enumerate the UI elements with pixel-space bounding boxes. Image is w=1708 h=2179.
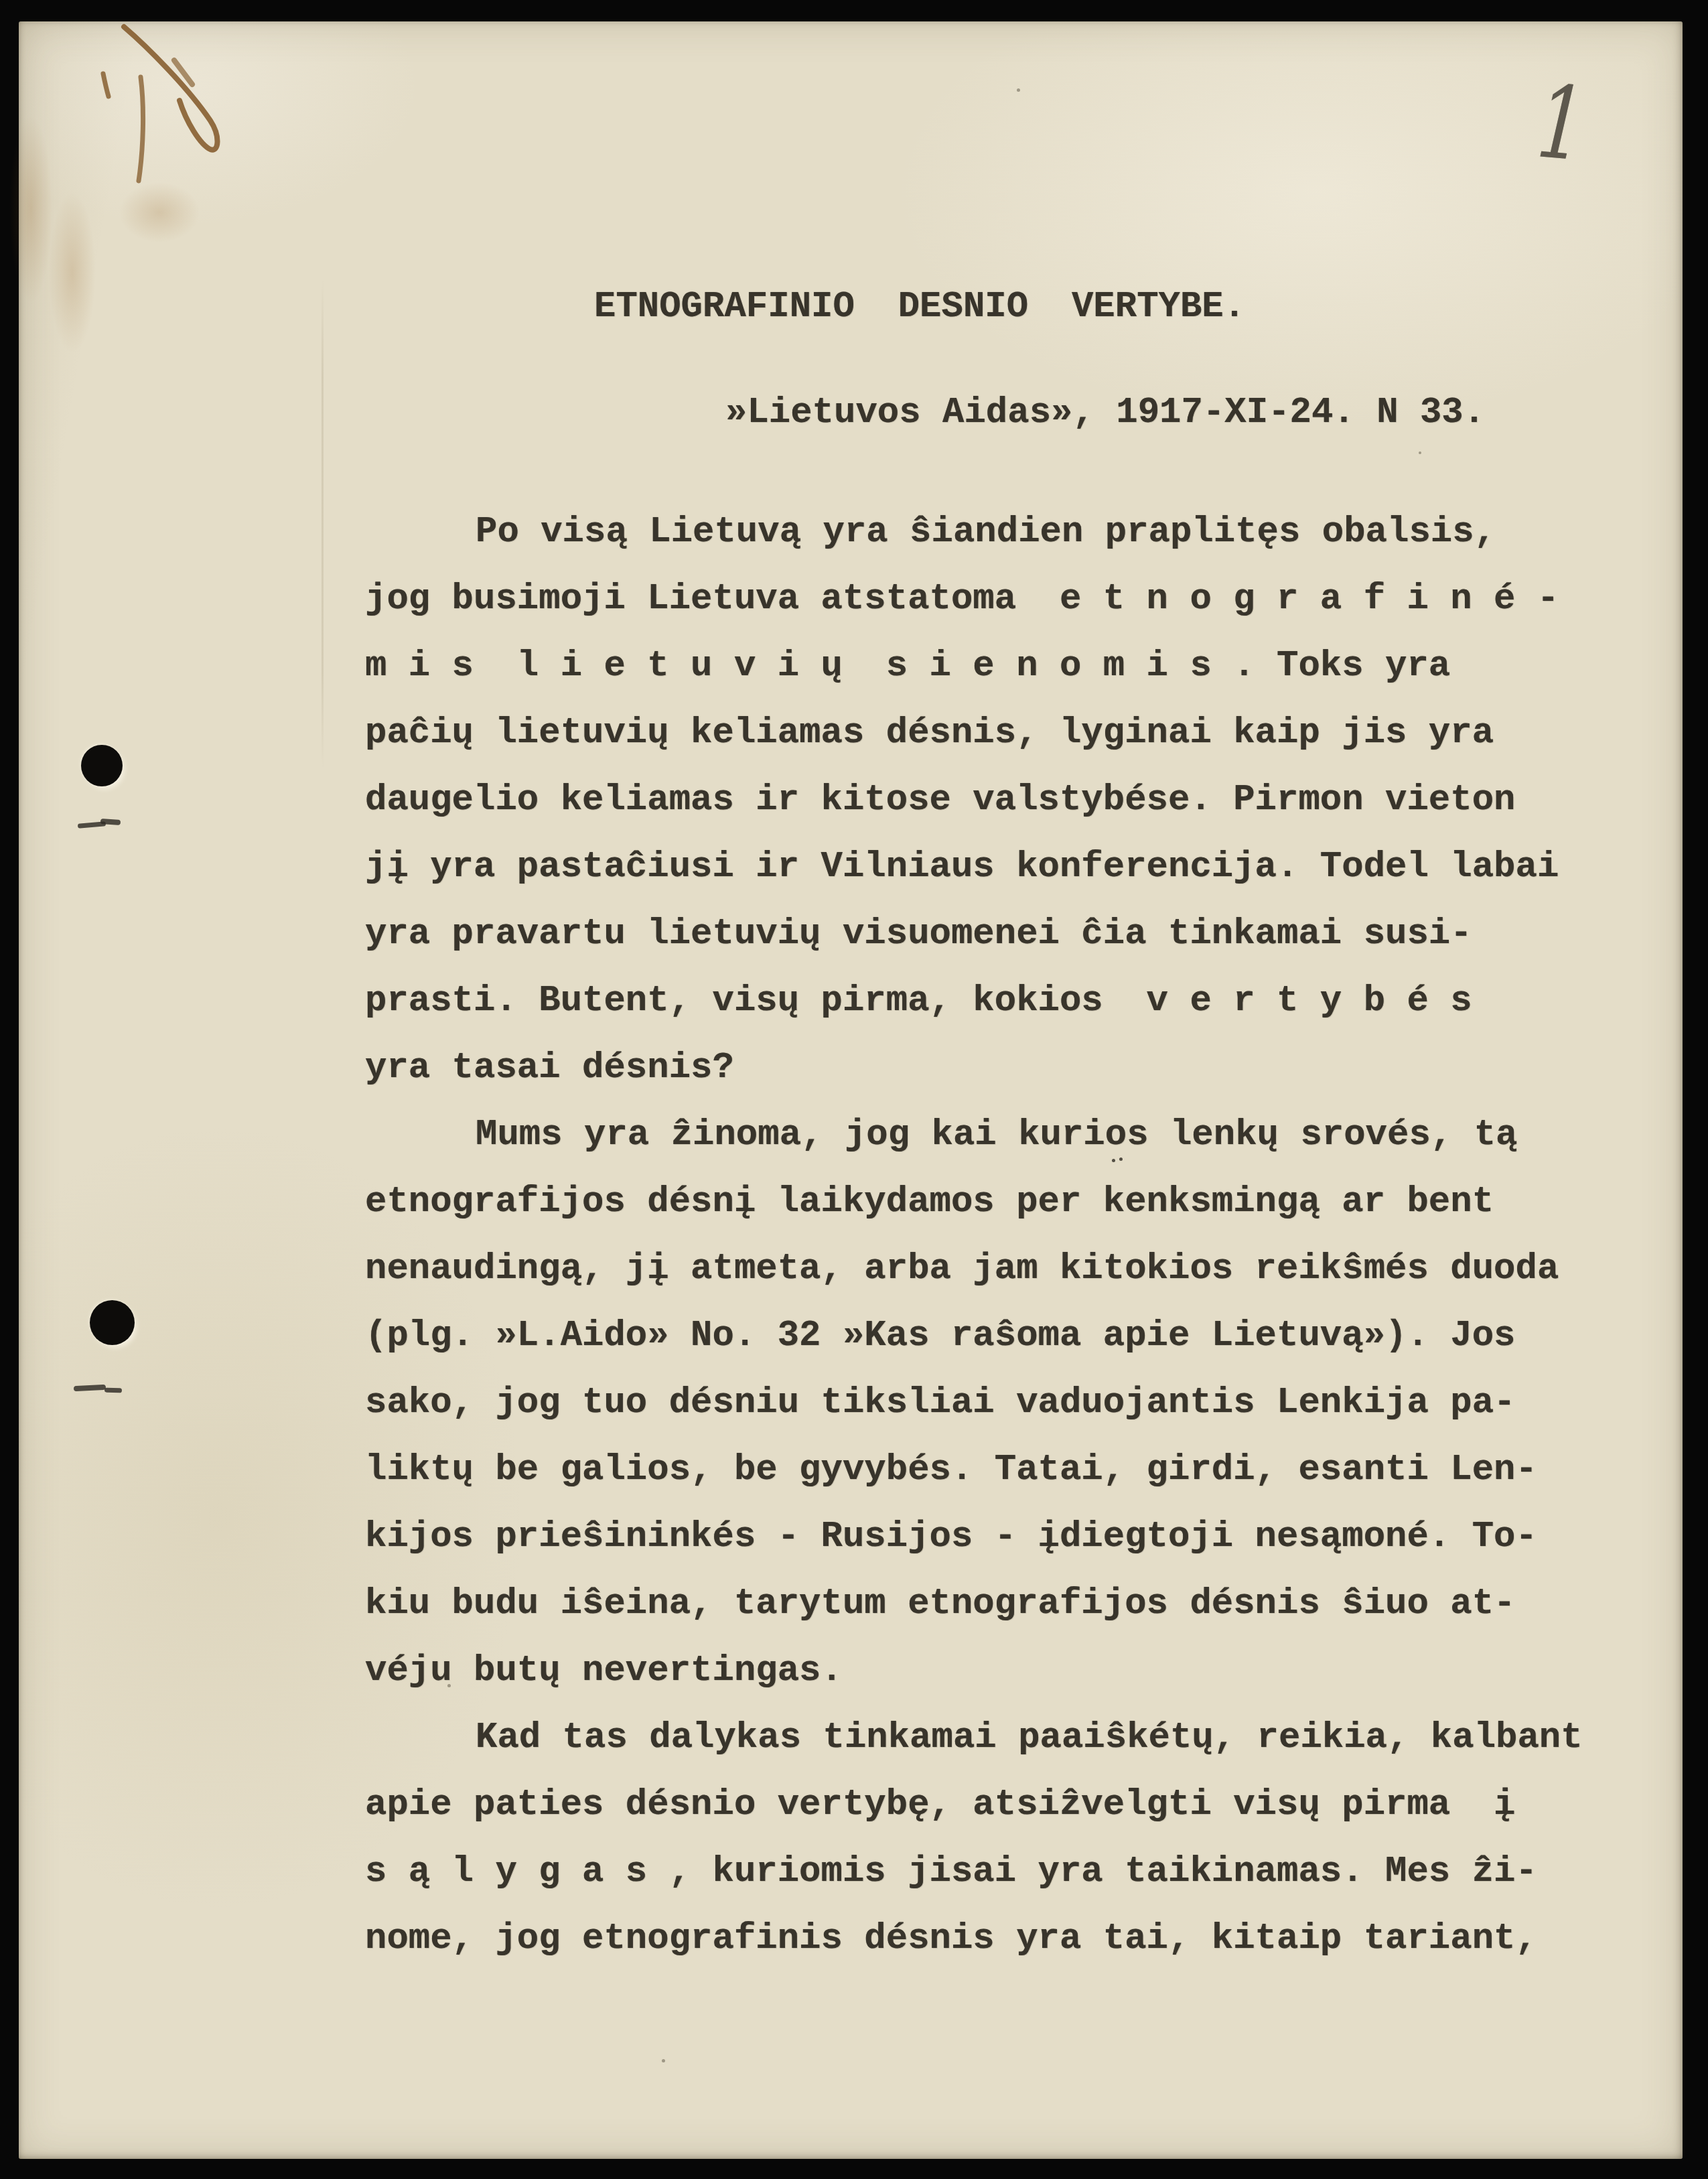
typed-line: s ą l y g a s , kuriomis jisai yra taiki… (365, 1839, 1583, 1906)
typed-line: daugelio keliamas ir kitose valstybése. … (365, 767, 1583, 834)
paper-speck (1017, 88, 1020, 92)
pencil-smudge (74, 1385, 106, 1392)
punch-hole-top (81, 745, 123, 786)
typed-line: nenaudingą, jį atmeta, arba jam kitokios… (365, 1236, 1583, 1303)
scanner-background: 1 ETNOGRAFINIO DESNIO VERTYBE. »Lietuvos… (0, 0, 1708, 2179)
typed-line: Kad tas dalykas tinkamai paaiŝkétų, reik… (365, 1705, 1583, 1772)
handwritten-page-number: 1 (1534, 72, 1589, 175)
paper-crease (322, 279, 324, 768)
punch-hole-bottom (90, 1300, 135, 1345)
typed-line: jog busimoji Lietuva atstatoma e t n o g… (365, 566, 1583, 633)
typed-line: kiu budu iŝeina, tarytum etnografijos dé… (365, 1571, 1583, 1638)
typed-line: liktų be galios, be gyvybés. Tatai, gird… (365, 1437, 1583, 1504)
rust-stain (49, 192, 96, 353)
document-page: 1 ETNOGRAFINIO DESNIO VERTYBE. »Lietuvos… (19, 21, 1683, 2159)
typed-line: véju butų nevertingas. (365, 1638, 1583, 1705)
rust-stain (119, 182, 200, 242)
typed-line: m i s l i e t u v i ų s i e n o m i s . … (365, 633, 1583, 700)
typed-line: sako, jog tuo désniu tiksliai vaduojanti… (365, 1370, 1583, 1437)
pencil-smudge (104, 1388, 122, 1393)
typed-line: yra tasai désnis? (365, 1035, 1583, 1102)
paper-speck (447, 1684, 451, 1687)
typed-line: apie paties désnio vertybę, atsiẑvelgti … (365, 1772, 1583, 1839)
document-title: ETNOGRAFINIO DESNIO VERTYBE. (594, 287, 1245, 328)
paper-speck (1419, 451, 1421, 454)
typed-line: Mums yra ẑinoma, jog kai kurios lenkų sr… (365, 1102, 1583, 1169)
typed-line: jį yra pastaĉiusi ir Vilniaus konferenci… (365, 834, 1583, 901)
paper-speck (655, 856, 658, 859)
typed-line: etnografijos désnį laikydamos per kenksm… (365, 1169, 1583, 1236)
rust-stain (9, 115, 52, 303)
typed-line: prasti. Butent, visų pirma, kokios v e r… (365, 968, 1583, 1035)
typed-line: kijos prieŝininkés - Rusijos - įdiegtoji… (365, 1504, 1583, 1571)
stray-ink-mark (1112, 1159, 1115, 1162)
typed-line: Po visą Lietuvą yra ŝiandien praplitęs o… (365, 499, 1583, 566)
typed-line: yra pravartu lietuvių visuomenei ĉia tin… (365, 901, 1583, 968)
paper-speck (662, 2059, 665, 2062)
typed-text-block: Po visą Lietuvą yra ŝiandien praplitęs o… (365, 499, 1583, 1973)
source-citation: »Lietuvos Aidas», 1917-XI-24. N 33. (725, 393, 1485, 433)
typed-line: nome, jog etnografinis désnis yra tai, k… (365, 1906, 1583, 1973)
typed-line: paĉių lietuvių keliamas désnis, lyginai … (365, 700, 1583, 767)
typed-line: (plg. »L.Aido» No. 32 »Kas raŝoma apie L… (365, 1303, 1583, 1370)
